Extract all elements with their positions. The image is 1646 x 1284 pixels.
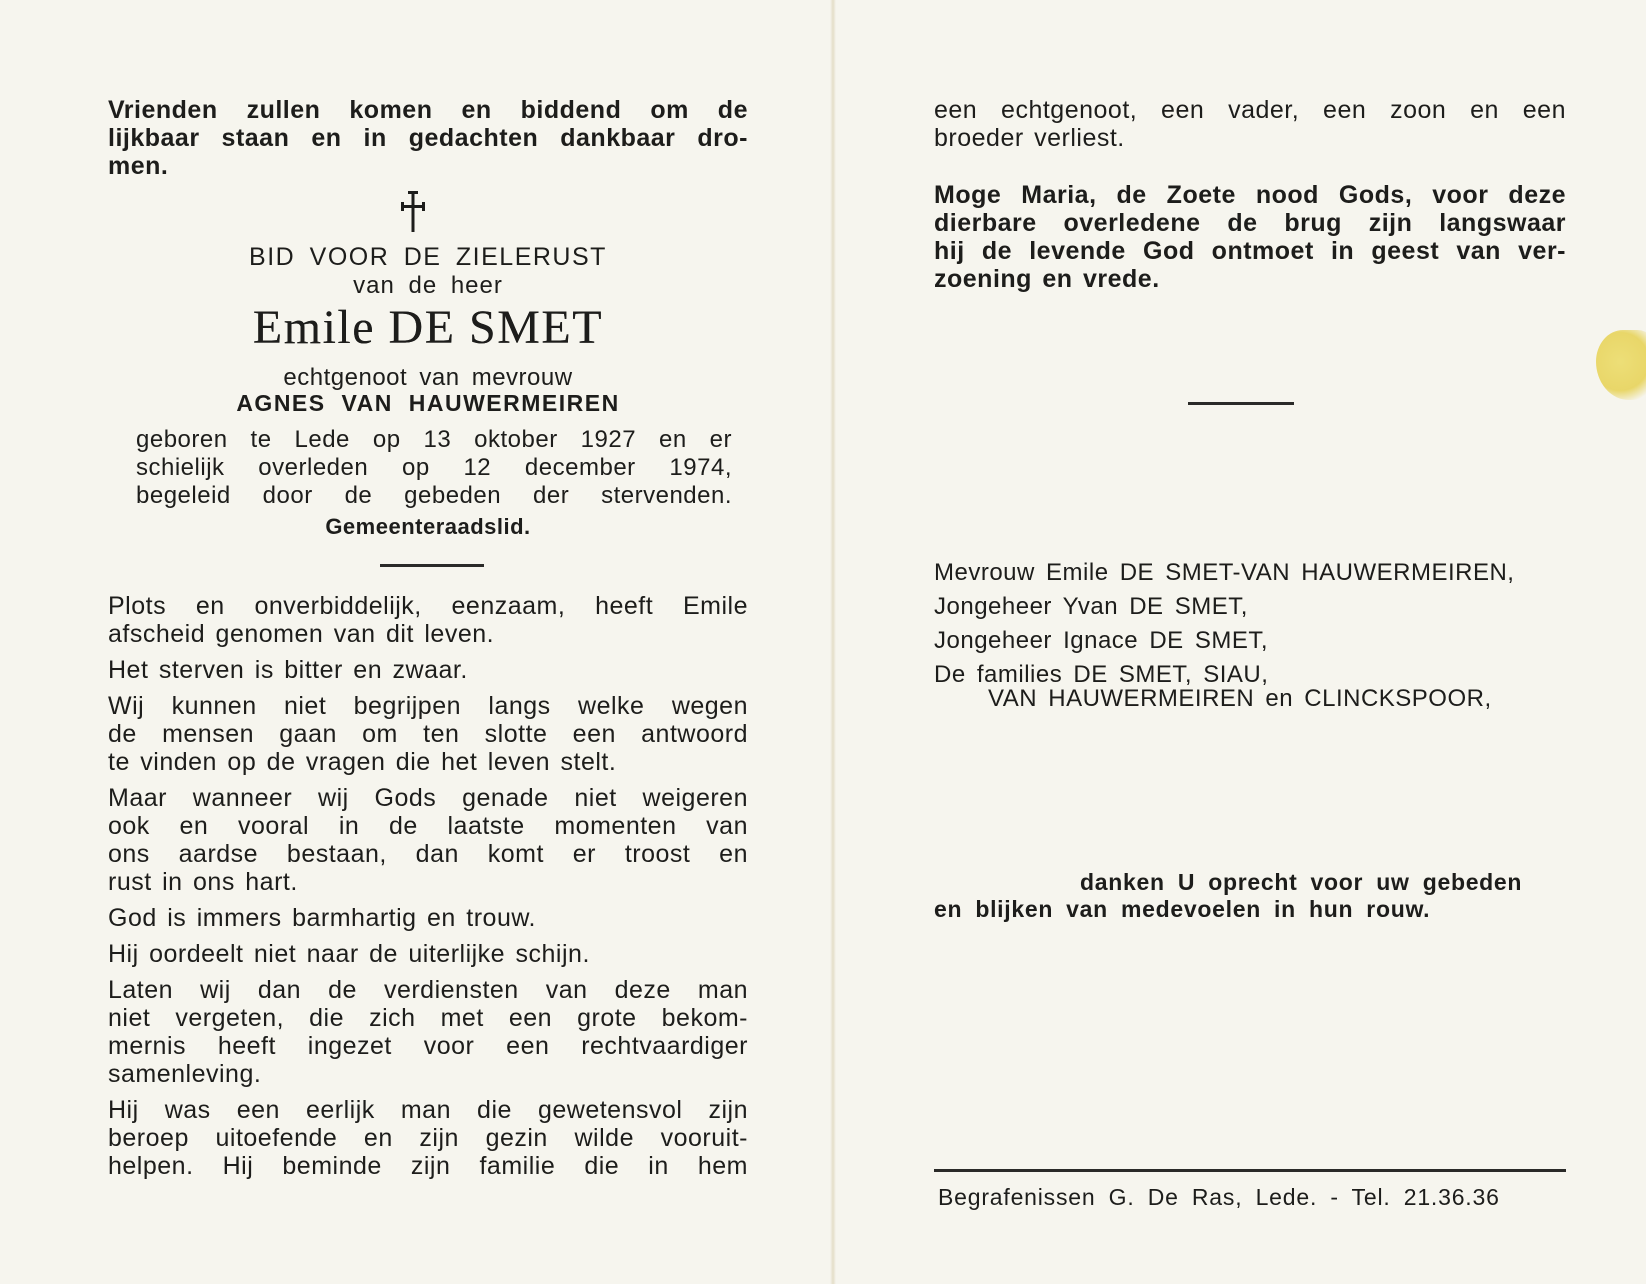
opening-verse: Vrienden zullen komen en biddend om de l… [108,96,748,180]
footer-rule [934,1169,1566,1172]
funeral-home-footer: Begrafenissen G. De Ras, Lede. - Tel. 21… [938,1184,1566,1211]
verse-line: men. [108,152,748,180]
text-line: helpen. Hij beminde zijn familie die in … [108,1152,748,1180]
paragraph: Laten wij dan de verdiensten van deze ma… [108,976,748,1088]
text-line: en blijken van medevoelen in hun rouw. [934,896,1566,923]
text-line: de mensen gaan om ten slotte een antwoor… [108,720,748,748]
text-line: Hij oordeelt niet naar de uiterlijke sch… [108,940,748,968]
dates-line: schielijk overleden op 12 december 1974, [136,454,732,482]
text-line: danken U oprecht voor uw gebeden [934,869,1566,896]
text-line: Laten wij dan de verdiensten van deze ma… [108,976,748,1004]
text-line: Wij kunnen niet begrijpen langs welke we… [108,692,748,720]
family-member: Jongeheer Ignace DE SMET, [934,624,1566,658]
text-line: Het sterven is bitter en zwaar. [108,656,748,684]
text-line: een echtgenoot, een vader, een zoon en e… [934,96,1566,124]
text-line: Plots en onverbiddelijk, eenzaam, heeft … [108,592,748,620]
verse-line: lijkbaar staan en in gedachten dankbaar … [108,124,748,152]
center-fold-line [830,0,836,1284]
dates-line: geboren te Lede op 13 oktober 1927 en er [136,426,732,454]
text-line: niet vergeten, die zich met een grote be… [108,1004,748,1032]
text-line: rust in ons hart. [108,868,748,896]
text-line: broeder verliest. [934,124,1566,152]
text-line: Maar wanneer wij Gods genade niet weiger… [108,784,748,812]
text-line: afscheid genomen van dit leven. [108,620,748,648]
paragraph: Het sterven is bitter en zwaar. [108,656,748,684]
family-list: Mevrouw Emile DE SMET-VAN HAUWERMEIREN, … [934,556,1566,712]
text-line: God is immers barmhartig en trouw. [108,904,748,932]
yellow-stain [1596,330,1646,400]
verse-line: Vrienden zullen komen en biddend om de [108,96,748,124]
memorial-card: Vrienden zullen komen en biddend om de l… [0,0,1646,1284]
paragraph: Hij was een eerlijk man die gewetensvol … [108,1096,748,1180]
text-line: Hij was een eerlijk man die gewetensvol … [108,1096,748,1124]
paragraph: Plots en onverbiddelijk, eenzaam, heeft … [108,592,748,648]
family-member: VAN HAUWERMEIREN en CLINCKSPOOR, [934,686,1566,712]
section-divider [380,564,484,567]
life-dates: geboren te Lede op 13 oktober 1927 en er… [136,426,732,510]
dates-line: begeleid door de gebeden der stervenden. [136,482,732,510]
marian-prayer: Moge Maria, de Zoete nood Gods, voor dez… [934,181,1566,293]
deceased-name: Emile DE SMET [108,300,748,355]
prayer-heading: BID VOOR DE ZIELERUST [108,243,748,272]
paragraph: God is immers barmhartig en trouw. [108,904,748,932]
text-line: beroep uitoefende en zijn gezin wilde vo… [108,1124,748,1152]
text-line: hij de levende God ontmoet in geest van … [934,237,1566,265]
text-line: te vinden op de vragen die het leven ste… [108,748,748,776]
tribute-text: Plots en onverbiddelijk, eenzaam, heeft … [108,592,748,1188]
thanks-text: danken U oprecht voor uw gebeden en blij… [934,869,1566,923]
latin-cross-icon [400,190,426,234]
deceased-title: Gemeenteraadslid. [108,514,748,540]
section-divider [1188,402,1294,405]
paragraph: Wij kunnen niet begrijpen langs welke we… [108,692,748,776]
text-line: zoening en vrede. [934,265,1566,293]
spouse-intro: echtgenoot van mevrouw [108,364,748,392]
deceased-name-text: Emile DE SMET [253,301,603,354]
continuation-text: een echtgenoot, een vader, een zoon en e… [934,96,1566,152]
prayer-subheading: van de heer [108,272,748,300]
text-line: Moge Maria, de Zoete nood Gods, voor dez… [934,181,1566,209]
paragraph: Hij oordeelt niet naar de uiterlijke sch… [108,940,748,968]
spouse-name: AGNES VAN HAUWERMEIREN [108,390,748,417]
family-member: Jongeheer Yvan DE SMET, [934,590,1566,624]
text-line: ook en vooral in de laatste momenten van [108,812,748,840]
text-line: ons aardse bestaan, dan komt er troost e… [108,840,748,868]
text-line: samenleving. [108,1060,748,1088]
paragraph: Maar wanneer wij Gods genade niet weiger… [108,784,748,896]
text-line: dierbare overledene de brug zijn langswa… [934,209,1566,237]
family-member: Mevrouw Emile DE SMET-VAN HAUWERMEIREN, [934,556,1566,590]
text-line: mernis heeft ingezet voor een rechtvaard… [108,1032,748,1060]
